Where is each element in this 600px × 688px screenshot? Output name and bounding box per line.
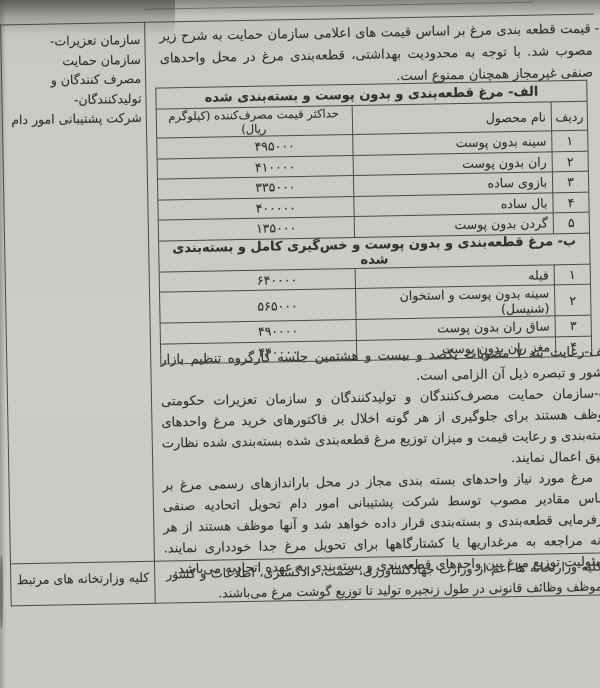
product-cell: سینه بدون پوست و استخوان (شنیسل) [355,285,555,320]
row-number-cell: ۳ [555,315,591,336]
scan-smudge-mark [0,556,3,628]
org-line: تولیدکنندگان- [3,88,141,110]
row-number-cell: ۲ [554,284,591,316]
org-line: شرکت پشتیبانی امور دام [4,108,142,130]
scanned-document-sheet: ۴-قیمت قطعه بندی مرغ بر اساس قیمت های اع… [0,0,600,688]
org-line: مصرف کنندگان و [3,69,141,91]
item-number: ۴- [594,21,600,36]
note-be: ب-سازمان حمایت مصرف‌کنندگان و تولیدکنندگ… [161,383,600,475]
chicken-price-table: الف- مرغ قطعه‌بندی و بدون پوست و بسته‌بن… [155,80,592,365]
previous-row-border-fragment [144,2,534,10]
col-header-row: ردیف [551,101,587,131]
price-cell: ۵۶۵۰۰۰ [160,288,356,323]
col-header-product: نام محصول [352,102,552,135]
document-content: ۴-قیمت قطعه بندی مرغ بر اساس قیمت های اع… [0,0,600,688]
row-number-cell: ۴ [553,192,589,213]
org-line: سازمان حمایت [3,49,141,71]
ministries-duty-text: کلیه وزارتخانه ها اعم از وزارت جهادکشاور… [166,557,600,605]
col-header-price: حداکثر قیمت مصرف‌کننده (کیلوگرم ریال) [156,106,352,139]
outer-table-column-divider [144,22,156,604]
row-number-cell: ۱ [554,264,590,285]
related-ministries-cell: کلیه وزارتخانه های مرتبط [12,570,149,588]
row-number-cell: ۵ [553,212,589,233]
row-number-cell: ۲ [552,151,588,172]
org-line: سازمان تعزیرات- [2,30,140,52]
row-number-cell: ۱ [552,130,588,151]
notes-block: الف-رعایت بند ۷ مصوبات یکصد و بیست و هشت… [160,341,600,580]
responsible-organizations-cell: سازمان تعزیرات- سازمان حمایت مصرف کنندگا… [2,30,142,130]
row-number-cell: ۳ [552,171,588,192]
item-4-text: قیمت قطعه بندی مرغ بر اساس قیمت های اعلا… [159,22,593,85]
